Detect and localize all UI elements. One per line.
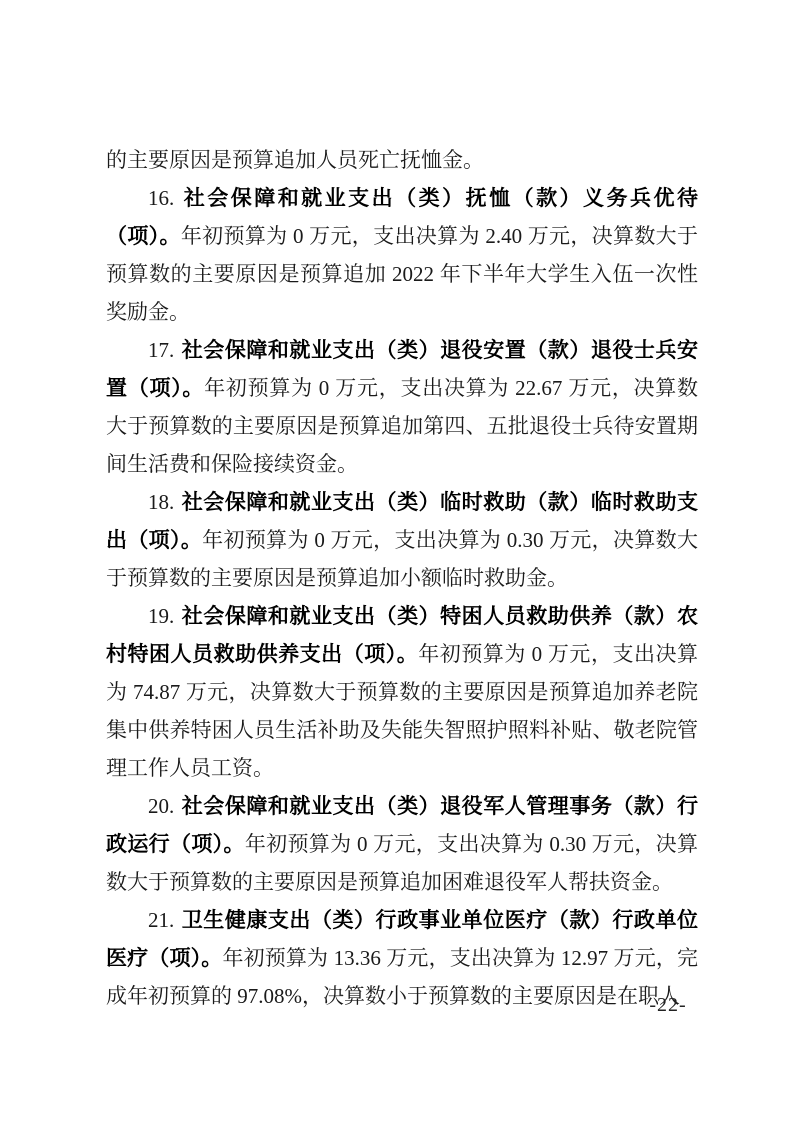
paragraph-17: 17.社会保障和就业支出（类）退役安置（款）退役士兵安置（项）。年初预算为 0 … [106, 331, 698, 483]
paragraph-18-number: 18. [148, 490, 174, 514]
document-body: 的主要原因是预算追加人员死亡抚恤金。 16.社会保障和就业支出（类）抚恤（款）义… [106, 141, 698, 1015]
paragraph-16-body: 年初预算为 0 万元，支出决算为 2.40 万元，决算数大于预算数的主要原因是预… [106, 224, 698, 324]
paragraph-21: 21.卫生健康支出（类）行政事业单位医疗（款）行政单位医疗（项）。年初预算为 1… [106, 901, 698, 1015]
paragraph-18: 18.社会保障和就业支出（类）临时救助（款）临时救助支出（项）。年初预算为 0 … [106, 483, 698, 597]
paragraph-19-number: 19. [148, 604, 174, 628]
paragraph-16-number: 16. [148, 186, 174, 210]
paragraph-continuation: 的主要原因是预算追加人员死亡抚恤金。 [106, 141, 698, 179]
paragraph-19: 19.社会保障和就业支出（类）特困人员救助供养（款）农村特困人员救助供养支出（项… [106, 597, 698, 787]
paragraph-17-number: 17. [148, 338, 174, 362]
paragraph-continuation-text: 的主要原因是预算追加人员死亡抚恤金。 [106, 148, 484, 172]
paragraph-20: 20.社会保障和就业支出（类）退役军人管理事务（款）行政运行（项）。年初预算为 … [106, 787, 698, 901]
document-page: 的主要原因是预算追加人员死亡抚恤金。 16.社会保障和就业支出（类）抚恤（款）义… [0, 0, 793, 1122]
paragraph-20-number: 20. [148, 794, 174, 818]
paragraph-21-number: 21. [148, 908, 174, 932]
paragraph-16: 16.社会保障和就业支出（类）抚恤（款）义务兵优待（项）。年初预算为 0 万元，… [106, 179, 698, 331]
page-number: -22- [641, 993, 695, 1017]
